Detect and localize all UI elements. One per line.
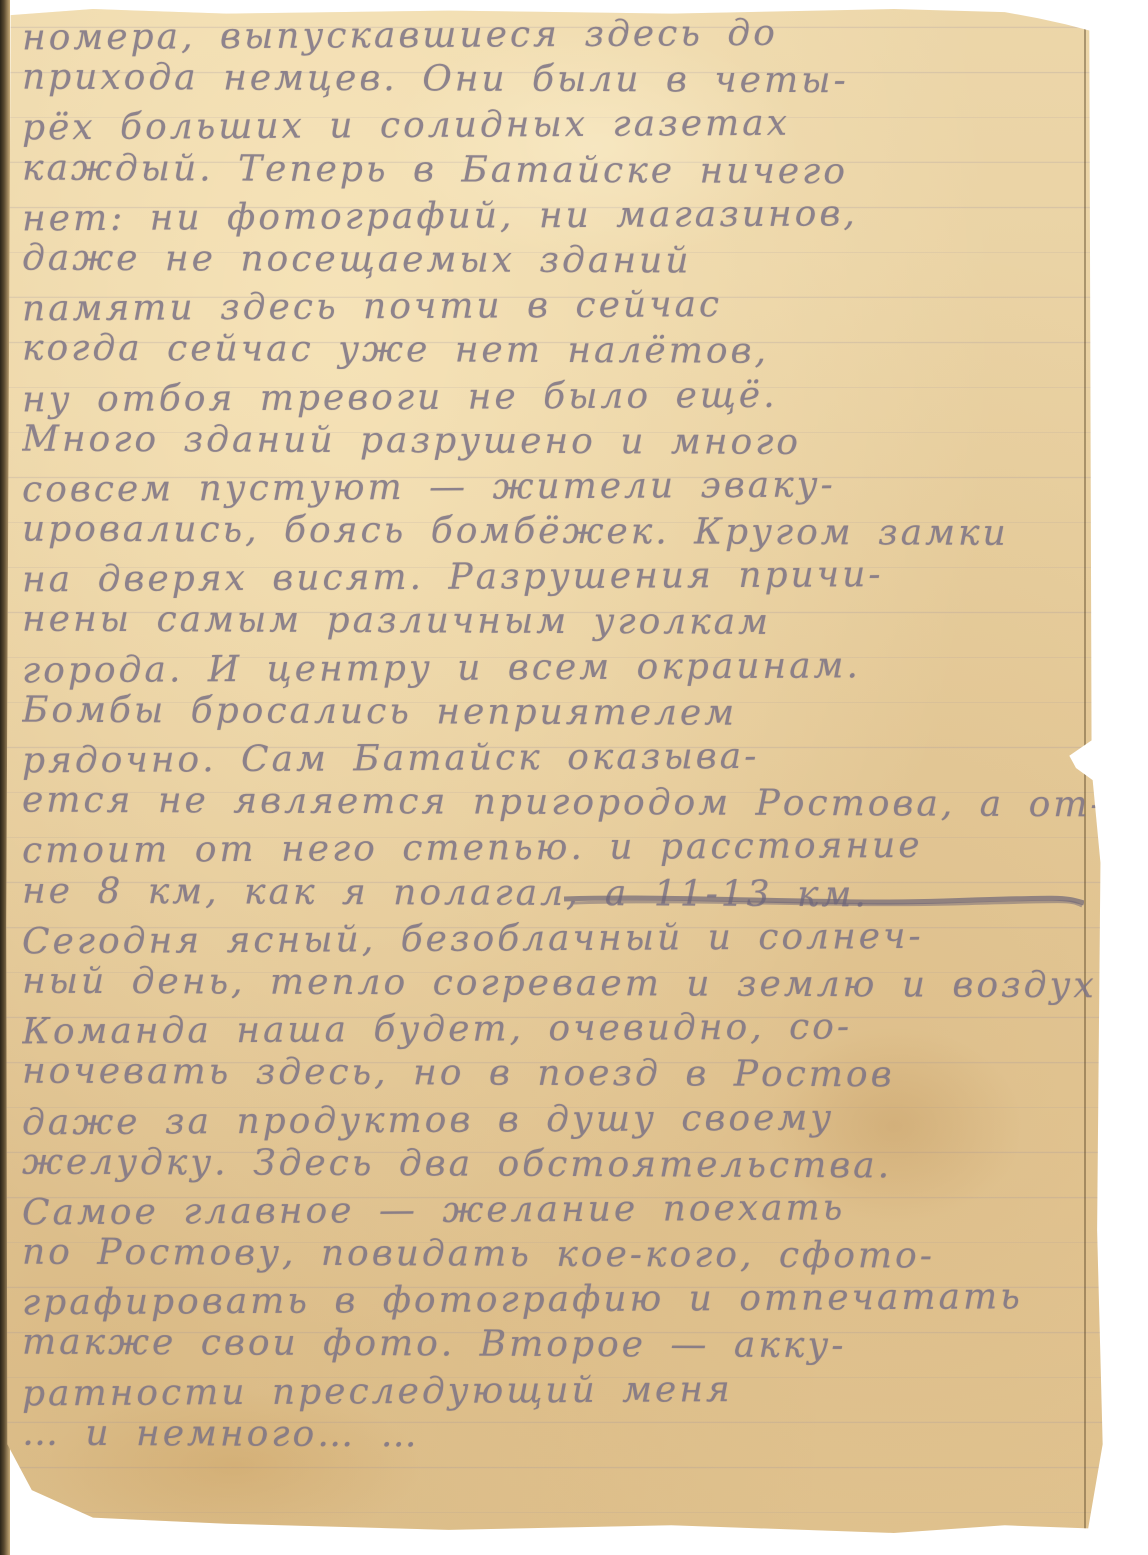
text-line: даже не посещаемых зданий <box>22 236 1132 286</box>
text-line: ный день, тепло согревает и землю и возд… <box>22 959 1132 1009</box>
text-line: Много зданий разрушено и много <box>22 416 1132 466</box>
text-line: нены самым различным уголкам <box>22 597 1132 647</box>
text-line: ну отбоя тревоги не было ещё. <box>22 370 1132 422</box>
text-line: Самое главное — желание поехать <box>22 1183 1132 1235</box>
text-line: памяти здесь почти в сейчас <box>22 280 1132 332</box>
letter-text: номера, выпускавшиеся здесь до прихода н… <box>22 12 1132 1458</box>
text-line: Команда наша будет, очевидно, со- <box>22 1003 1132 1055</box>
text-line: также свои фото. Второе — акку- <box>22 1320 1132 1370</box>
text-line: совсем пустуют — жители эваку- <box>22 460 1132 512</box>
text-line: рёх больших и солидных газетах <box>22 99 1132 151</box>
text-line: города. И центру и всем окраинам. <box>22 641 1132 693</box>
text-line: прихода немцев. Они были в четы- <box>22 55 1132 105</box>
text-line: ратности преследующий меня <box>22 1364 1132 1416</box>
text-line: желудку. Здесь два обстоятельства. <box>22 1139 1132 1189</box>
text-line: когда сейчас уже нет налётов, <box>22 326 1132 376</box>
text-line: ночевать здесь, но в поезд в Ростов <box>22 1049 1132 1099</box>
text-line: ировались, боясь бомбёжек. Кругом замки <box>22 507 1132 557</box>
letter-page: номера, выпускавшиеся здесь до прихода н… <box>4 6 1116 1536</box>
text-line: на дверях висят. Разрушения причи- <box>22 551 1132 603</box>
text-line: по Ростову, повидать кое-кого, сфото- <box>22 1230 1132 1280</box>
text-line: … и немного… … <box>22 1410 1132 1460</box>
text-line: Бомбы бросались неприятелем <box>22 687 1132 737</box>
text-line: рядочно. Сам Батайск оказыва- <box>22 732 1132 784</box>
text-line: каждый. Теперь в Батайске ничего <box>22 145 1132 195</box>
text-line: нет: ни фотографий, ни магазинов, <box>22 189 1132 241</box>
text-line: Сегодня ясный, безоблачный и солнеч- <box>22 912 1132 964</box>
text-line: не 8 км, как я полагал, а 11-13 км. <box>22 868 1132 918</box>
text-line: даже за продуктов в душу своему <box>22 1093 1132 1145</box>
text-line: ется не является пригородом Ростова, а о… <box>22 778 1132 828</box>
text-line: графировать в фотографию и отпечатать <box>22 1274 1132 1326</box>
text-line: стоит от него степью. и расстояние <box>22 822 1132 874</box>
text-line: номера, выпускавшиеся здесь до <box>22 9 1132 61</box>
